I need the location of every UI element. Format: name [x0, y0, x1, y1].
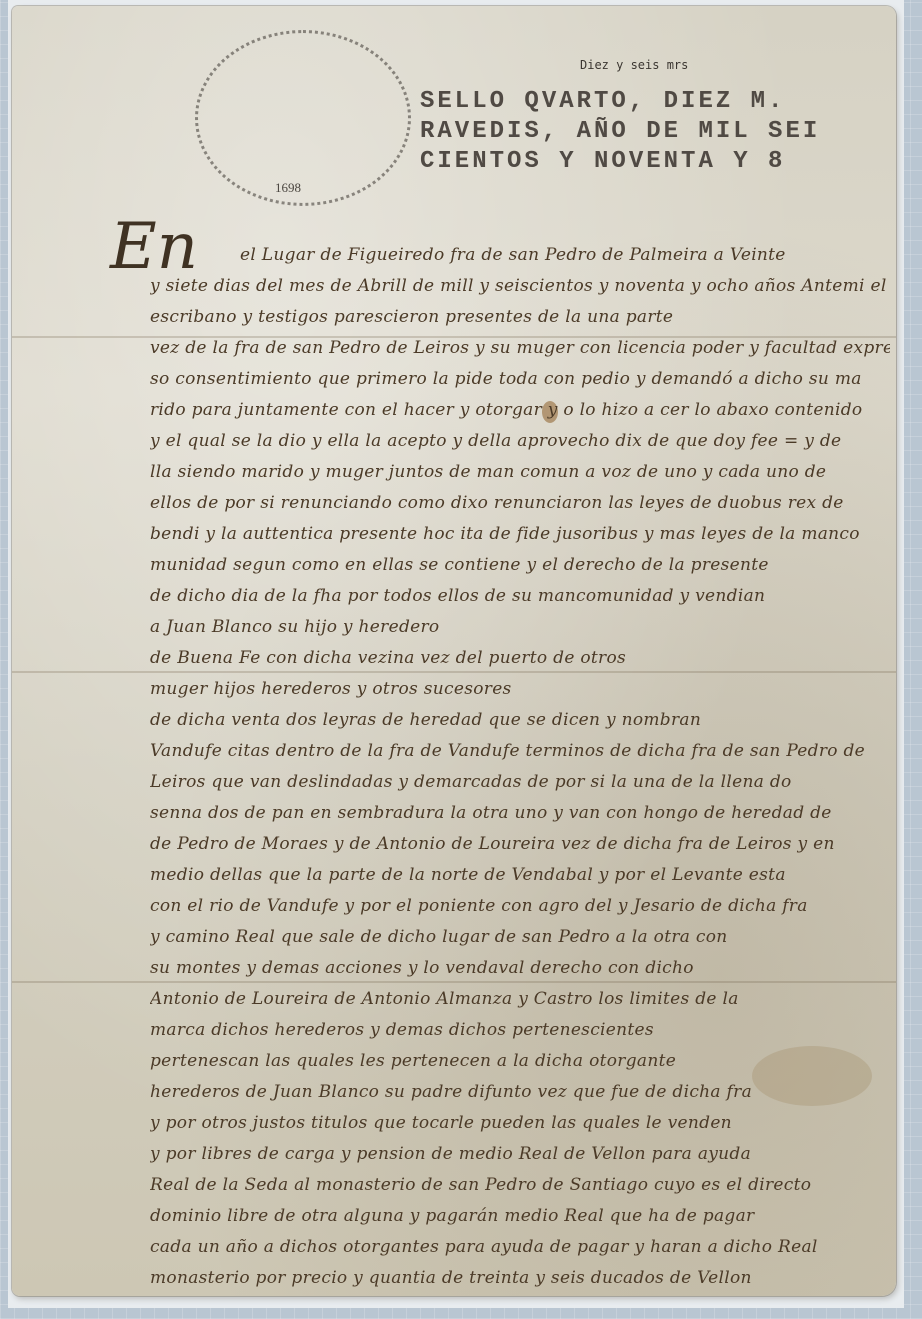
stamp-year: 1698 [275, 180, 301, 196]
manuscript-line: su montes y demas acciones y lo vendaval… [150, 958, 890, 978]
manuscript-line: y por otros justos titulos que tocarle p… [150, 1113, 890, 1133]
manuscript-line: dominio libre de otra alguna y pagarán m… [150, 1206, 890, 1226]
manuscript-line: munidad segun como en ellas se contiene … [150, 555, 890, 575]
manuscript-line: de Buena Fe con dicha vezina vez del pue… [150, 648, 890, 668]
manuscript-line: Leiros que van deslindadas y demarcadas … [150, 772, 890, 792]
manuscript-line: ellos de por si renunciando como dixo re… [150, 493, 890, 513]
royal-seal-stamp [195, 30, 411, 206]
manuscript-line: rido para juntamente con el hacer y otor… [150, 400, 890, 420]
seal-text-line: RAVEDIS, AÑO DE MIL SEI [420, 118, 820, 145]
manuscript-line: a Juan Blanco su hijo y heredero [150, 617, 890, 637]
manuscript-line: escribano y testigos parescieron present… [150, 307, 890, 327]
manuscript-line: y camino Real que sale de dicho lugar de… [150, 927, 890, 947]
manuscript-line: marca dichos herederos y demas dichos pe… [150, 1020, 890, 1040]
manuscript-line: el Lugar de Figueiredo fra de san Pedro … [240, 245, 890, 265]
manuscript-line: herederos de Juan Blanco su padre difunt… [150, 1082, 890, 1102]
manuscript-line: pertenescan las quales les pertenecen a … [150, 1051, 890, 1071]
stamp-tax-label: Diez y seis mrs [580, 58, 688, 72]
manuscript-line: de dicha venta dos leyras de heredad que… [150, 710, 890, 730]
manuscript-line: de dicho dia de la fha por todos ellos d… [150, 586, 890, 606]
manuscript-line: so consentimiento que primero la pide to… [150, 369, 890, 389]
manuscript-line: y el qual se la dio y ella la acepto y d… [150, 431, 890, 451]
manuscript-line: vez de la fra de san Pedro de Leiros y s… [150, 338, 890, 358]
fold-line [12, 981, 896, 983]
manuscript-line: muger hijos herederos y otros sucesores [150, 679, 890, 699]
manuscript-line: Vandufe citas dentro de la fra de Vanduf… [150, 741, 890, 761]
manuscript-line: y siete dias del mes de Abrill de mill y… [150, 276, 890, 296]
seal-text-line: SELLO QVARTO, DIEZ M. [420, 88, 785, 115]
manuscript-line: y por libres de carga y pension de medio… [150, 1144, 890, 1164]
manuscript-line: Antonio de Loureira de Antonio Almanza y… [150, 989, 890, 1009]
manuscript-line: monasterio por precio y quantia de trein… [150, 1268, 890, 1288]
manuscript-line: con el rio de Vandufe y por el poniente … [150, 896, 890, 916]
manuscript-line: medio dellas que la parte de la norte de… [150, 865, 890, 885]
manuscript-line: de Pedro de Moraes y de Antonio de Loure… [150, 834, 890, 854]
manuscript-line: Real de la Seda al monasterio de san Ped… [150, 1175, 890, 1195]
fold-line [12, 671, 896, 673]
decorated-initial: En [110, 210, 198, 284]
seal-text-line: CIENTOS Y NOVENTA Y 8 [420, 148, 785, 175]
manuscript-line: senna dos de pan en sembradura la otra u… [150, 803, 890, 823]
manuscript-line: cada un año a dichos otorgantes para ayu… [150, 1237, 890, 1257]
manuscript-line: bendi y la auttentica presente hoc ita d… [150, 524, 890, 544]
manuscript-line: lla siendo marido y muger juntos de man … [150, 462, 890, 482]
